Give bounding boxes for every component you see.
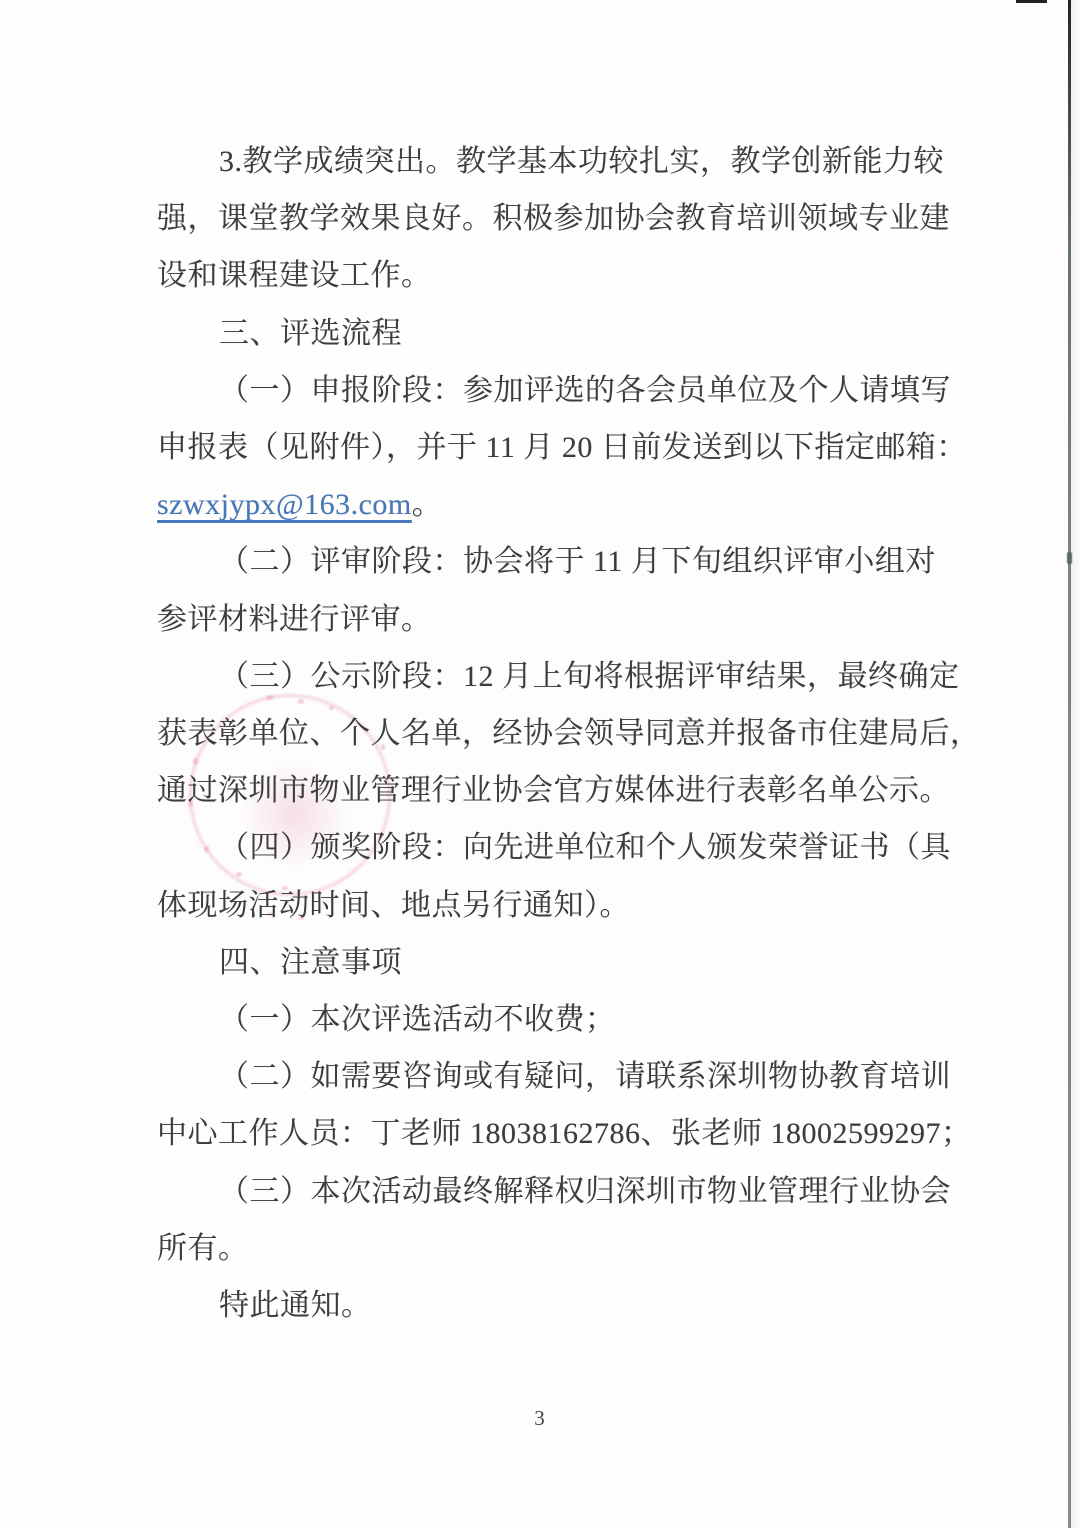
scan-edge-paper-gap bbox=[1070, 0, 1080, 1528]
text-line: 设和课程建设工作。 bbox=[157, 257, 947, 295]
text-line: 通过深圳市物业管理行业协会官方媒体进行表彰名单公示。 bbox=[157, 772, 947, 810]
red-seal-speck bbox=[329, 706, 334, 710]
scan-edge-blob-artifact bbox=[1067, 552, 1072, 564]
email-link[interactable]: szwxjypx@163.com bbox=[157, 488, 412, 521]
text-line: 强，课堂教学效果良好。积极参加协会教育培训领域专业建 bbox=[157, 200, 947, 238]
page-number: 3 bbox=[0, 1406, 1080, 1431]
text-line: （一）申报阶段：参加评选的各会员单位及个人请填写 bbox=[157, 372, 1009, 410]
red-seal-speck bbox=[298, 699, 304, 704]
text-line: （二）如需要咨询或有疑问，请联系深圳物协教育培训 bbox=[157, 1058, 1009, 1096]
text-line: （四）颁奖阶段：向先进单位和个人颁发荣誉证书（具 bbox=[157, 829, 1009, 867]
text-line: szwxjypx@163.com。 bbox=[157, 486, 947, 524]
text-line: （二）评审阶段：协会将于 11 月下旬组织评审小组对 bbox=[157, 543, 1009, 581]
text-line: 体现场活动时间、地点另行通知）。 bbox=[157, 887, 947, 925]
text-line: 参评材料进行评审。 bbox=[157, 601, 947, 639]
text-after-link: 。 bbox=[412, 488, 443, 521]
scan-edge-line-artifact bbox=[1068, 0, 1071, 1528]
text-line: 所有。 bbox=[157, 1230, 947, 1268]
scan-top-dash-artifact bbox=[1016, 0, 1047, 3]
text-line: 3.教学成绩突出。教学基本功较扎实，教学创新能力较 bbox=[157, 143, 1009, 181]
text-line: 四、注意事项 bbox=[157, 944, 1009, 982]
red-seal-speck bbox=[193, 758, 198, 765]
text-line: 特此通知。 bbox=[157, 1287, 1009, 1325]
text-line: （三）公示阶段：12 月上旬将根据评审结果，最终确定 bbox=[157, 658, 1009, 696]
text-line: （三）本次活动最终解释权归深圳市物业管理行业协会 bbox=[157, 1173, 1009, 1211]
text-line: 三、评选流程 bbox=[157, 315, 1009, 353]
text-line: 中心工作人员：丁老师 18038162786、张老师 18002599297； bbox=[157, 1115, 947, 1153]
text-line: 获表彰单位、个人名单，经协会领导同意并报备市住建局后， bbox=[157, 715, 947, 753]
text-line: 申报表（见附件），并于 11 月 20 日前发送到以下指定邮箱： bbox=[157, 429, 947, 467]
red-seal-speck bbox=[236, 872, 242, 877]
document-page: 3.教学成绩突出。教学基本功较扎实，教学创新能力较强，课堂教学效果良好。积极参加… bbox=[0, 0, 1080, 1528]
text-line: （一）本次评选活动不收费； bbox=[157, 1001, 1009, 1039]
